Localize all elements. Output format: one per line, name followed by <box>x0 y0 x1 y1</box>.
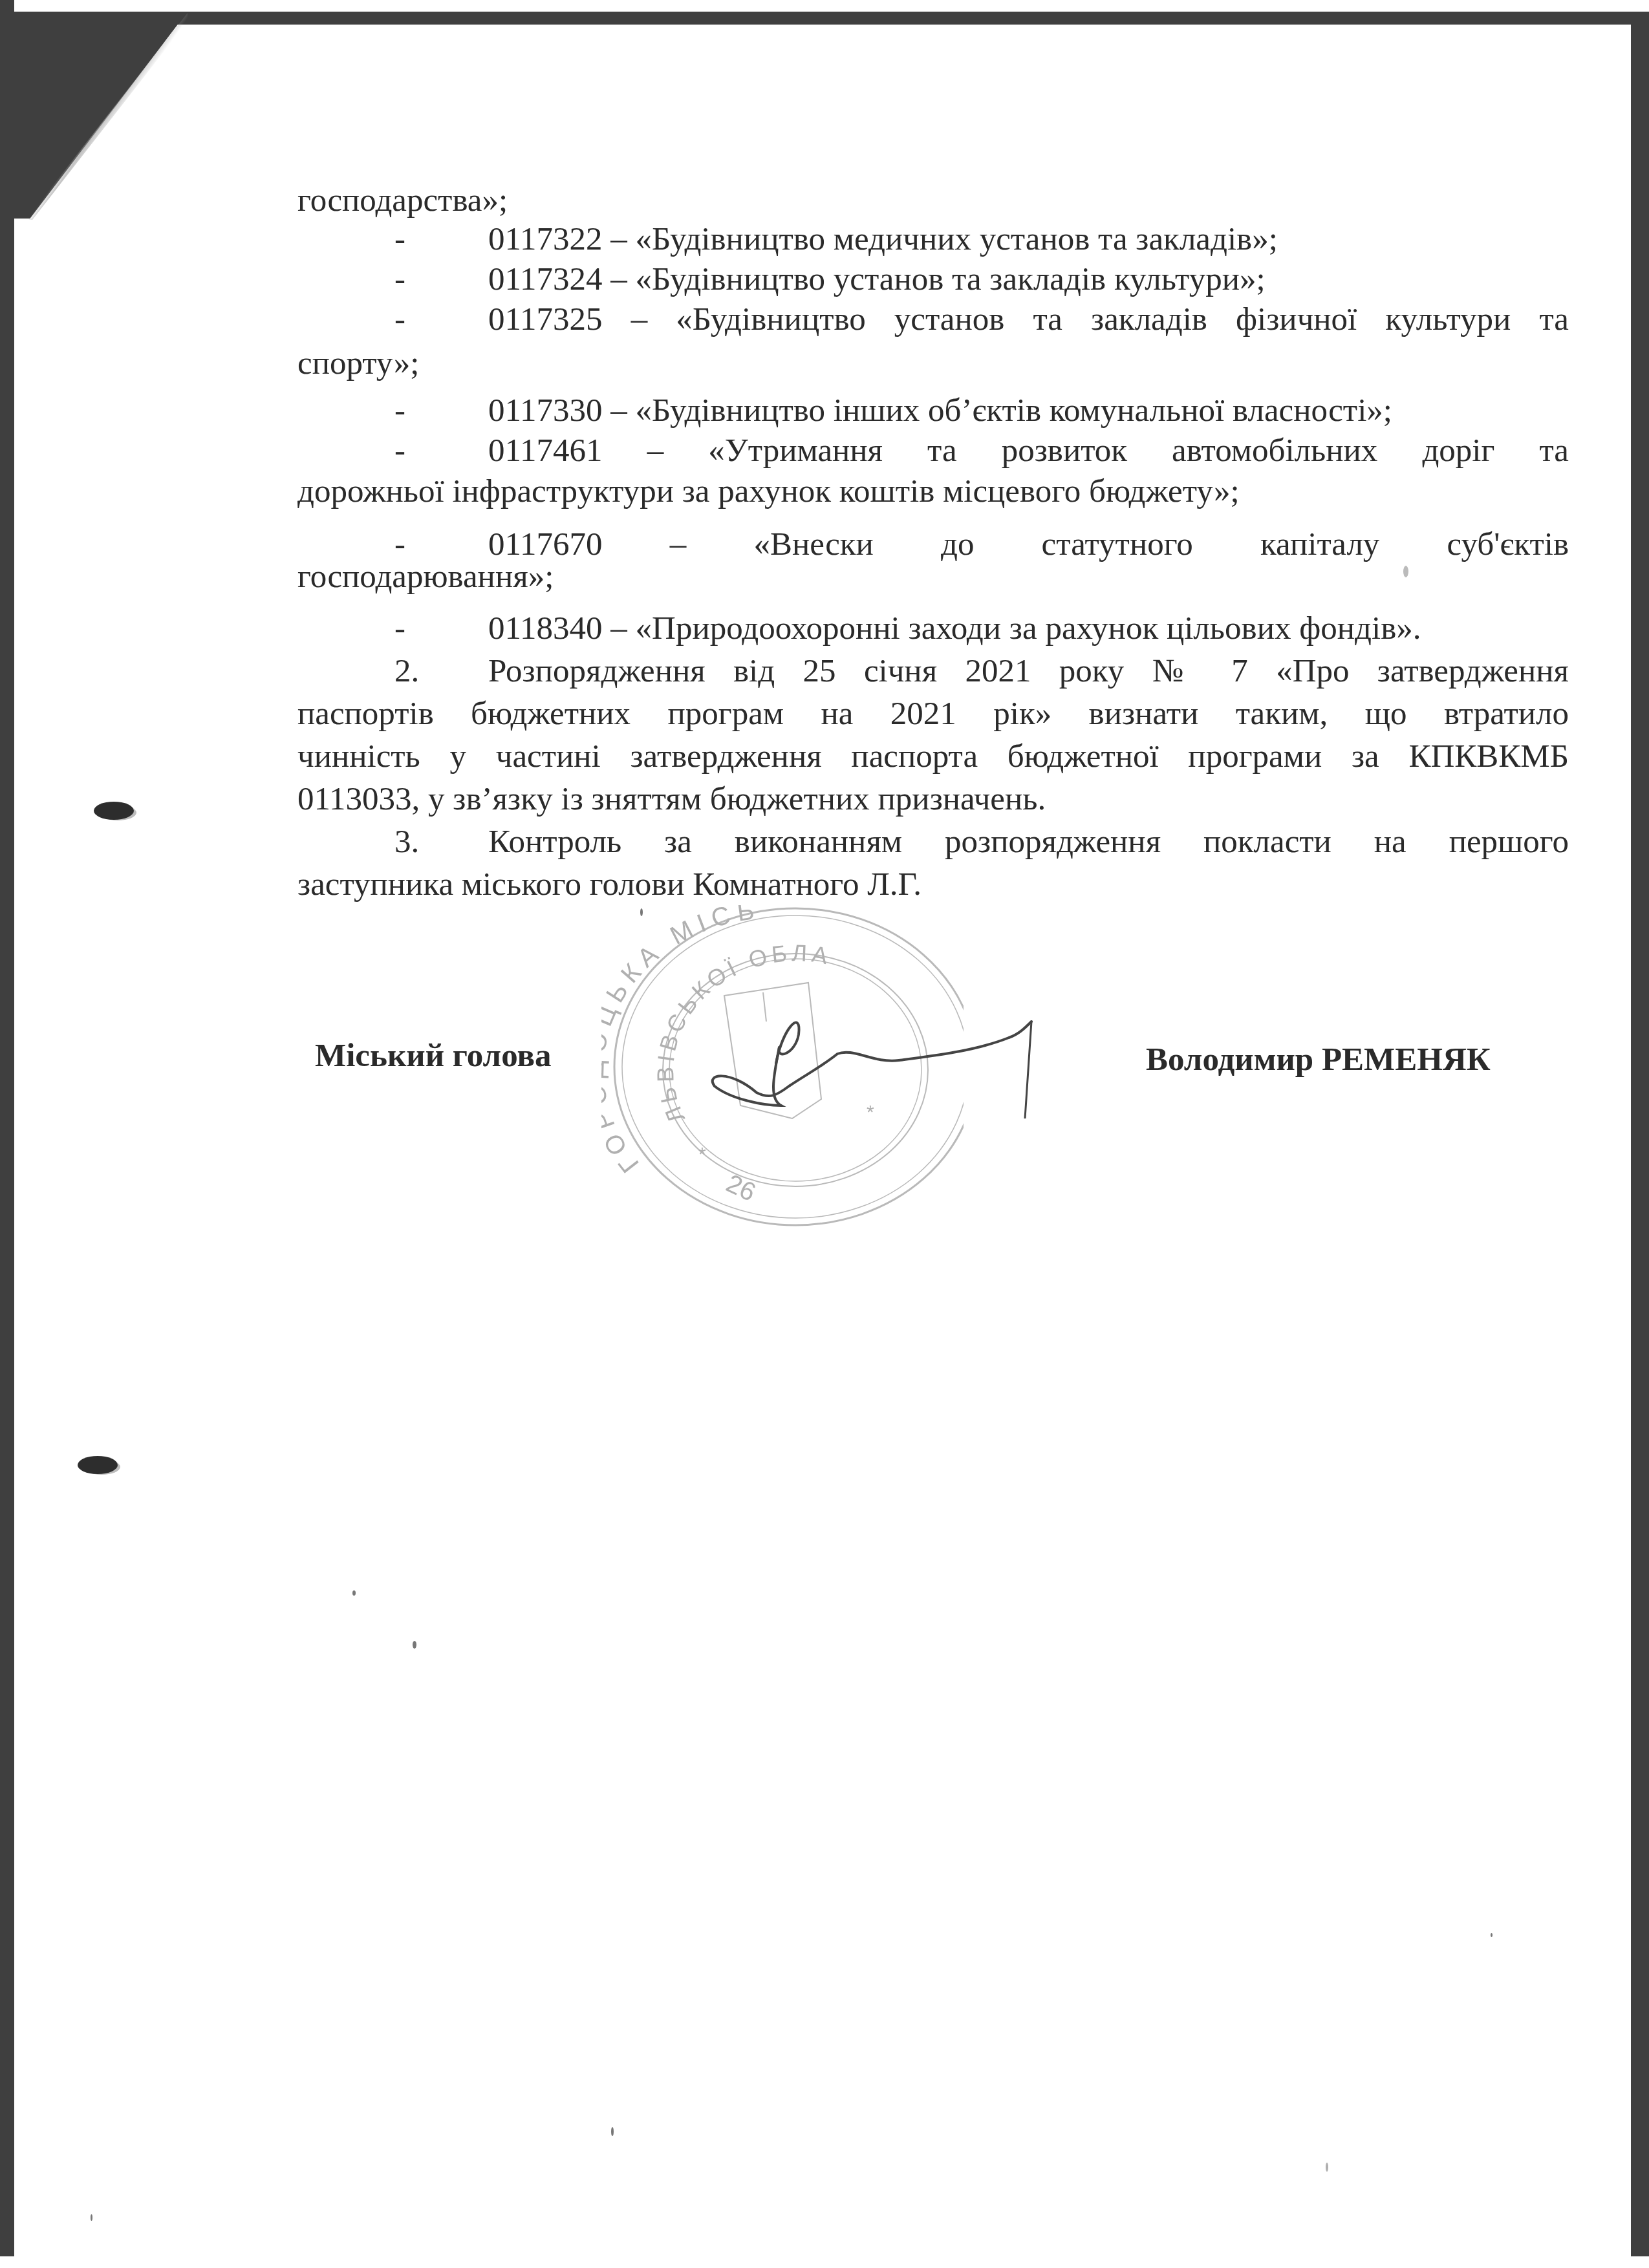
list-item-text: 0118340 – «Природоохоронні заходи за рах… <box>488 609 1569 648</box>
list-item-continuation: дорожньої інфраструктури за рахунок кошт… <box>297 472 1569 511</box>
list-marker: - <box>394 431 405 470</box>
paragraph-number: 2. <box>394 652 419 690</box>
scan-speck <box>640 908 643 916</box>
document-page: господарства»; - 0117322 – «Будівництво … <box>0 0 1649 2268</box>
paragraph-3-line: заступника міського голови Комнатного Л.… <box>297 865 1569 904</box>
handwritten-signature <box>705 1009 1041 1118</box>
paragraph-2-line: 0113033, у зв’язку із зняттям бюджетних … <box>297 780 1569 818</box>
list-marker: - <box>394 220 405 259</box>
scan-speck <box>1403 566 1408 577</box>
list-item-text: 0117330 – «Будівництво інших об’єктів ко… <box>488 391 1569 430</box>
paragraph-2-line: паспортів бюджетних програм на 2021 рік»… <box>297 694 1569 733</box>
list-item-text: 0117325 – «Будівництво установ та заклад… <box>488 300 1569 339</box>
list-marker: - <box>394 609 405 648</box>
paragraph-text: Розпорядження від 25 січня 2021 року № 7… <box>488 652 1569 690</box>
continuation-line: господарства»; <box>297 181 1569 220</box>
svg-text:*: * <box>698 1144 706 1165</box>
list-item-continuation: спорту»; <box>297 344 1569 383</box>
paragraph-text: Контроль за виконанням розпорядження пок… <box>488 822 1569 861</box>
paragraph-number: 3. <box>394 822 419 861</box>
list-marker: - <box>394 300 405 339</box>
signatory-title: Міський голова <box>315 1037 551 1075</box>
list-item-continuation: господарювання»; <box>297 557 1569 596</box>
list-item-text: 0117322 – «Будівництво медичних установ … <box>488 220 1569 259</box>
list-item-text: 0117461 – «Утримання та розвиток автомоб… <box>488 431 1569 470</box>
list-item-text: 0117324 – «Будівництво установ та заклад… <box>488 260 1569 299</box>
scan-speck <box>611 2127 614 2136</box>
paragraph-2-line: чинність у частині затвердження паспорта… <box>297 737 1569 776</box>
list-marker: - <box>394 391 405 430</box>
scan-speck <box>1491 1933 1493 1937</box>
list-marker: - <box>394 260 405 299</box>
scan-speck <box>1326 2163 1328 2172</box>
signatory-name: Володимир РЕМЕНЯК <box>1146 1041 1491 1078</box>
scan-speck <box>91 2214 92 2221</box>
scan-speck <box>352 1590 356 1596</box>
scan-speck <box>413 1641 416 1649</box>
